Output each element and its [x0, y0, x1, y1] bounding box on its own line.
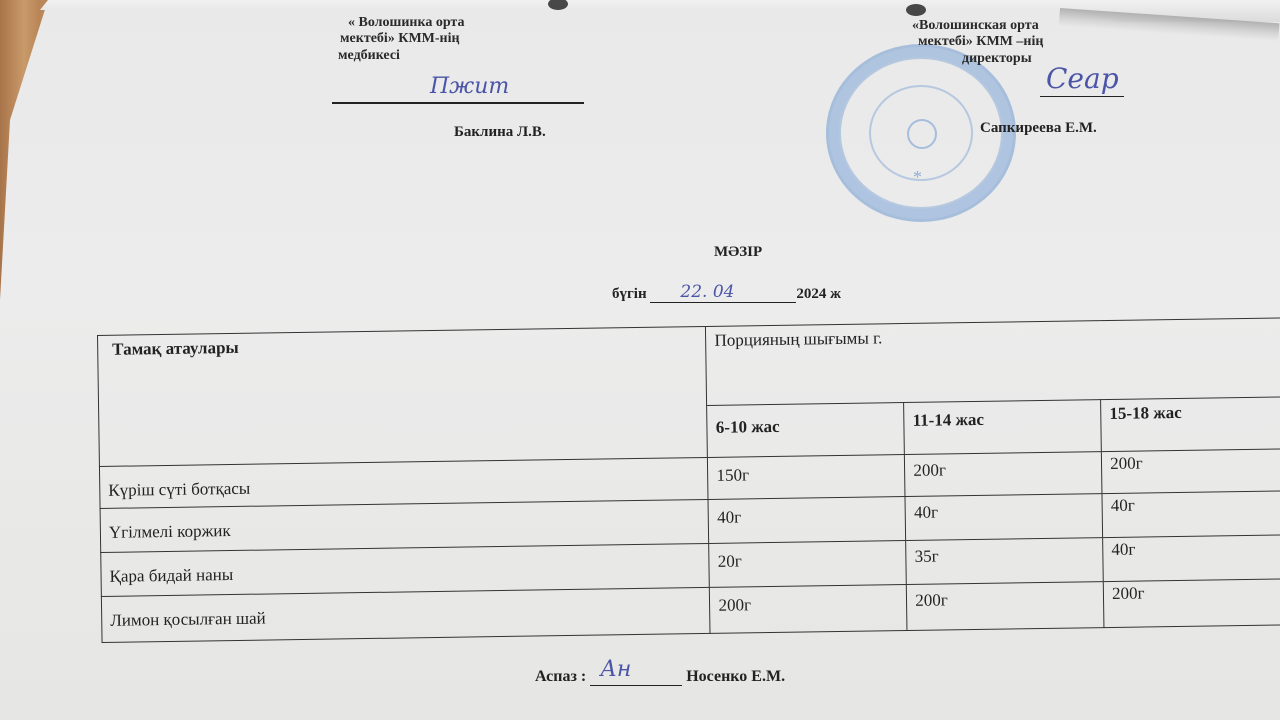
food-name: Лимон қосылған шай	[101, 587, 710, 642]
menu-table: Тамақ атаулары Порцияның шығымы г. 6-10 …	[97, 317, 1280, 643]
punch-hole-icon	[906, 4, 926, 16]
portion-header: Порцияның шығымы г.	[706, 318, 1280, 406]
date-year: 2024 ж	[796, 286, 841, 302]
date-field: 22. 04	[650, 286, 796, 303]
portion-value: 40г	[708, 497, 905, 544]
portion-value: 40г	[905, 494, 1102, 541]
nurse-header-line-2: мектебі» КММ-нің	[340, 30, 460, 47]
date-label: бүгін	[612, 286, 647, 302]
director-header-line-2: мектебі» КММ –нің	[918, 33, 1043, 50]
nurse-signature: Пжит	[430, 74, 509, 99]
portion-value: 200г	[1101, 449, 1280, 494]
director-signature-line	[1040, 96, 1124, 97]
cook-signature-field: Ан	[590, 669, 682, 686]
cook-name: Носенко Е.М.	[686, 668, 785, 685]
portion-value: 20г	[709, 541, 906, 588]
portion-value: 40г	[1102, 491, 1280, 538]
cook-signature: Ан	[600, 657, 631, 682]
nurse-name: Баклина Л.В.	[454, 124, 546, 141]
nurse-signature-line	[332, 102, 584, 104]
age-group-header: 15-18 жас	[1101, 397, 1280, 451]
age-group-header: 6-10 жас	[707, 403, 905, 457]
date-handwritten: 22. 04	[680, 282, 734, 302]
food-name-header: Тамақ атаулары	[98, 326, 708, 466]
portion-value: 200г	[1103, 579, 1280, 628]
portion-value: 40г	[1103, 535, 1280, 582]
portion-value: 150г	[708, 455, 905, 500]
nurse-header-line-1: « Волошинка орта	[348, 14, 464, 31]
director-header-line-1: «Волошинская орта	[912, 17, 1039, 34]
date-row: бүгін 22. 042024 ж	[612, 286, 841, 303]
portion-value: 200г	[907, 582, 1105, 631]
cook-label: Аспаз :	[535, 668, 586, 685]
director-signature: Сеар	[1046, 62, 1119, 95]
cook-signature-row: Аспаз : Ан Носенко Е.М.	[535, 668, 785, 686]
portion-value: 200г	[905, 452, 1102, 497]
director-name: Сапкиреева Е.М.	[980, 120, 1097, 137]
director-header-line-3: директоры	[962, 50, 1032, 67]
portion-value: 35г	[906, 538, 1103, 585]
page-title: МӘЗІР	[714, 244, 762, 261]
age-group-header: 11-14 жас	[904, 400, 1102, 454]
menu-table-container: Тамақ атаулары Порцияның шығымы г. 6-10 …	[97, 317, 1280, 690]
nurse-header-line-3: медбикесі	[338, 47, 400, 64]
portion-value: 200г	[710, 585, 908, 634]
